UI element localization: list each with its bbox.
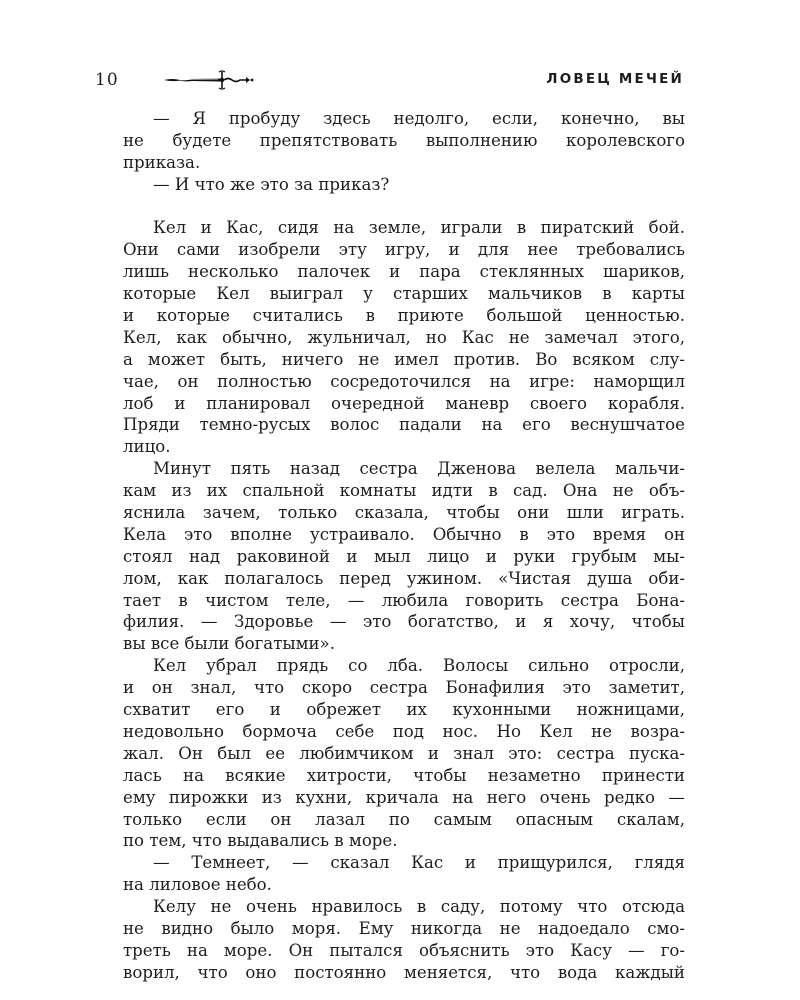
text-line: которые Кел выиграл у старших мальчиков … bbox=[123, 283, 685, 305]
sword-ornament-icon bbox=[162, 68, 260, 92]
text-line: чае, он полностью сосредоточился на игре… bbox=[123, 371, 685, 393]
text-line: ворил, что оно постоянно меняется, что в… bbox=[123, 962, 685, 984]
text-line: Келу не очень нравилось в саду, потому ч… bbox=[123, 896, 685, 918]
text-line: Кел и Кас, сидя на земле, играли в пират… bbox=[123, 217, 685, 239]
text-line: Кела это вполне устраивало. Обычно в это… bbox=[123, 524, 685, 546]
text-line: Кел убрал прядь со лба. Волосы сильно от… bbox=[123, 655, 685, 677]
text-line: на лиловое небо. bbox=[123, 874, 685, 896]
text-line: ему пирожки из кухни, кричала на него оч… bbox=[123, 787, 685, 809]
text-line: тает в чистом теле, — любила говорить се… bbox=[123, 590, 685, 612]
text-line: и которые считались в приюте большой цен… bbox=[123, 305, 685, 327]
text-line: треть на море. Он пытался объяснить это … bbox=[123, 940, 685, 962]
text-line: Минут пять назад сестра Дженова велела м… bbox=[123, 458, 685, 480]
text-line: только если он лазал по самым опасным ск… bbox=[123, 809, 685, 831]
text-line: а может быть, ничего не имел против. Во … bbox=[123, 349, 685, 371]
text-line: яснила зачем, только сказала, чтобы они … bbox=[123, 502, 685, 524]
text-line: филия. — Здоровье — это богатство, и я х… bbox=[123, 611, 685, 633]
text-line: вы все были богатыми». bbox=[123, 633, 685, 655]
text-line: Они сами изобрели эту игру, и для нее тр… bbox=[123, 239, 685, 261]
text-line: схватит его и обрежет их кухонными ножни… bbox=[123, 699, 685, 721]
text-line: — Я пробуду здесь недолго, если, конечно… bbox=[123, 108, 685, 130]
text-line: лоб и планировал очередной маневр своего… bbox=[123, 393, 685, 415]
text-line: приказа. bbox=[123, 152, 685, 174]
text-line: лом, как полагалось перед ужином. «Чиста… bbox=[123, 568, 685, 590]
text-line: жал. Он был ее любимчиком и знал это: се… bbox=[123, 743, 685, 765]
text-line: — Темнеет, — сказал Кас и прищурился, гл… bbox=[123, 852, 685, 874]
text-line: не видно было моря. Ему никогда не надое… bbox=[123, 918, 685, 940]
text-line: Кел, как обычно, жульничал, но Кас не за… bbox=[123, 327, 685, 349]
text-line: стоял над раковиной и мыл лицо и руки гр… bbox=[123, 546, 685, 568]
text-line: недовольно бормоча себе под нос. Но Кел … bbox=[123, 721, 685, 743]
text-line: Пряди темно-русых волос падали на его ве… bbox=[123, 414, 685, 436]
body-text: — Я пробуду здесь недолго, если, конечно… bbox=[123, 108, 685, 984]
text-line bbox=[123, 196, 685, 218]
text-line: по тем, что выдавались в море. bbox=[123, 830, 685, 852]
text-line: — И что же это за приказ? bbox=[123, 174, 685, 196]
running-title: ЛОВЕЦ МЕЧЕЙ bbox=[546, 71, 684, 87]
text-line: не будете препятствовать выполнению коро… bbox=[123, 130, 685, 152]
page-number: 10 bbox=[95, 70, 119, 90]
text-line: кам из их спальной комнаты идти в сад. О… bbox=[123, 480, 685, 502]
text-line: лицо. bbox=[123, 436, 685, 458]
text-line: лишь несколько палочек и пара стеклянных… bbox=[123, 261, 685, 283]
text-line: и он знал, что скоро сестра Бонафилия эт… bbox=[123, 677, 685, 699]
text-line: лась на всякие хитрости, чтобы незаметно… bbox=[123, 765, 685, 787]
